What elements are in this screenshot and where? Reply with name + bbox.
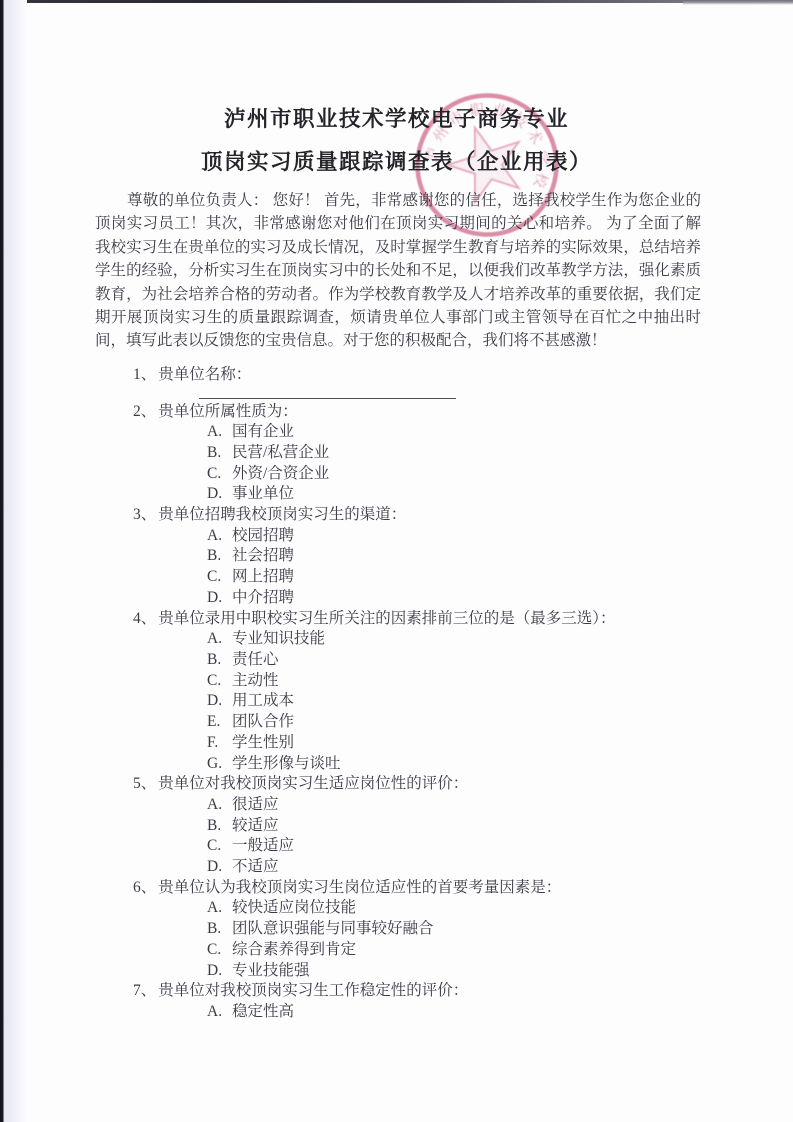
option-B: B.社会招聘: [133, 546, 733, 567]
option-C: C.网上招聘: [133, 567, 733, 588]
option-text: 一般适应: [232, 837, 294, 854]
question-text: 贵单位名称：: [158, 366, 251, 383]
option-text: 不适应: [232, 858, 279, 875]
option-D: D.中介招聘: [133, 588, 733, 609]
option-letter: A.: [207, 795, 225, 816]
option-text: 社会招聘: [232, 547, 294, 564]
option-letter: C.: [207, 940, 225, 961]
option-text: 较适应: [232, 817, 279, 834]
option-letter: D.: [207, 484, 225, 505]
option-text: 民营/私营企业: [232, 444, 329, 461]
question-text: 贵单位招聘我校顶岗实习生的渠道：: [158, 506, 406, 523]
option-text: 学生形像与谈吐: [232, 755, 341, 772]
option-E: E.团队合作: [133, 712, 733, 733]
option-text: 网上招聘: [232, 568, 294, 585]
option-letter: C.: [207, 567, 225, 588]
option-letter: B.: [207, 546, 225, 567]
option-letter: A.: [207, 1002, 225, 1023]
option-text: 团队合作: [232, 713, 294, 730]
option-letter: B.: [207, 919, 225, 940]
questions-list: 1、贵单位名称：2、贵单位所属性质为：A.国有企业B.民营/私营企业C.外资/合…: [133, 365, 733, 1023]
option-A: A.校园招聘: [133, 526, 733, 547]
question-text: 贵单位录用中职校实习生所关注的因素排前三位的是（最多三选）：: [158, 610, 615, 627]
option-letter: C.: [207, 836, 225, 857]
option-letter: A.: [207, 898, 225, 919]
question-number: 5、: [133, 775, 156, 792]
option-text: 事业单位: [232, 485, 294, 502]
question-number: 6、: [133, 879, 156, 896]
option-text: 校园招聘: [232, 527, 294, 544]
option-F: F.学生性别: [133, 733, 733, 754]
question-number: 7、: [133, 982, 156, 999]
question-text: 贵单位对我校顶岗实习生工作稳定性的评价：: [158, 982, 468, 999]
option-G: G.学生形像与谈吐: [133, 754, 733, 775]
option-text: 团队意识强能与同事较好融合: [232, 920, 434, 937]
option-text: 国有企业: [232, 423, 294, 440]
option-A: A.稳定性高: [133, 1002, 733, 1023]
scanned-survey-page: 泸州市职业技术学校 泸州市职业技术学校电子商务专业 顶岗实习质量跟踪调查表（企业…: [0, 0, 793, 1122]
option-A: A.国有企业: [133, 422, 733, 443]
question-7: 7、贵单位对我校顶岗实习生工作稳定性的评价：A.稳定性高: [133, 981, 733, 1022]
option-B: B.团队意识强能与同事较好融合: [133, 919, 733, 940]
option-text: 很适应: [232, 796, 279, 813]
option-B: B.较适应: [133, 816, 733, 837]
question-number: 4、: [133, 610, 156, 627]
question-number: 2、: [133, 403, 156, 420]
option-text: 较快适应岗位技能: [232, 899, 356, 916]
question-5: 5、贵单位对我校顶岗实习生适应岗位性的评价：A.很适应B.较适应C.一般适应D.…: [133, 774, 733, 878]
option-letter: B.: [207, 816, 225, 837]
option-letter: F.: [207, 733, 225, 754]
option-letter: A.: [207, 526, 225, 547]
question-line: 6、贵单位认为我校顶岗实习生岗位适应性的首要考量因素是：: [133, 878, 733, 899]
question-2: 2、贵单位所属性质为：A.国有企业B.民营/私营企业C.外资/合资企业D.事业单…: [133, 402, 733, 506]
option-letter: D.: [207, 691, 225, 712]
option-text: 学生性别: [232, 734, 294, 751]
option-letter: G.: [207, 754, 225, 775]
option-A: A.很适应: [133, 795, 733, 816]
question-line: 2、贵单位所属性质为：: [133, 402, 733, 423]
option-letter: D.: [207, 961, 225, 982]
option-D: D.事业单位: [133, 484, 733, 505]
question-number: 3、: [133, 506, 156, 523]
option-letter: C.: [207, 671, 225, 692]
question-text: 贵单位认为我校顶岗实习生岗位适应性的首要考量因素是：: [158, 879, 561, 896]
doc-title-line1: 泸州市职业技术学校电子商务专业: [0, 104, 793, 134]
option-text: 稳定性高: [232, 1003, 294, 1020]
option-C: C.综合素养得到肯定: [133, 940, 733, 961]
option-text: 主动性: [232, 672, 279, 689]
question-number: 1、: [133, 366, 156, 383]
option-text: 专业技能强: [232, 962, 310, 979]
option-letter: A.: [207, 629, 225, 650]
option-text: 中介招聘: [232, 589, 294, 606]
document-content: 泸州市职业技术学校电子商务专业 顶岗实习质量跟踪调查表（企业用表） 尊敬的单位负…: [0, 0, 793, 1023]
option-C: C.一般适应: [133, 836, 733, 857]
option-letter: D.: [207, 857, 225, 878]
option-text: 责任心: [232, 651, 279, 668]
question-3: 3、贵单位招聘我校顶岗实习生的渠道：A.校园招聘B.社会招聘C.网上招聘D.中介…: [133, 505, 733, 609]
option-letter: B.: [207, 650, 225, 671]
option-A: A.专业知识技能: [133, 629, 733, 650]
option-letter: A.: [207, 422, 225, 443]
option-letter: B.: [207, 443, 225, 464]
intro-paragraph: 尊敬的单位负责人： 您好！ 首先，非常感谢您的信任，选择我校学生作为您企业的顶岗…: [95, 189, 701, 353]
option-letter: E.: [207, 712, 225, 733]
option-C: C.外资/合资企业: [133, 464, 733, 485]
option-B: B.责任心: [133, 650, 733, 671]
option-text: 外资/合资企业: [232, 465, 329, 482]
option-C: C.主动性: [133, 671, 733, 692]
option-B: B.民营/私营企业: [133, 443, 733, 464]
question-line: 4、贵单位录用中职校实习生所关注的因素排前三位的是（最多三选）：: [133, 609, 733, 630]
question-1: 1、贵单位名称：: [133, 365, 733, 399]
doc-title-line2: 顶岗实习质量跟踪调查表（企业用表）: [0, 147, 793, 177]
option-letter: C.: [207, 464, 225, 485]
answer-blank-line: [199, 386, 456, 399]
question-text: 贵单位对我校顶岗实习生适应岗位性的评价：: [158, 775, 468, 792]
option-D: D.不适应: [133, 857, 733, 878]
question-line: 5、贵单位对我校顶岗实习生适应岗位性的评价：: [133, 774, 733, 795]
question-line: 7、贵单位对我校顶岗实习生工作稳定性的评价：: [133, 981, 733, 1002]
option-D: D.用工成本: [133, 691, 733, 712]
question-line: 3、贵单位招聘我校顶岗实习生的渠道：: [133, 505, 733, 526]
option-D: D.专业技能强: [133, 961, 733, 982]
option-letter: D.: [207, 588, 225, 609]
question-text: 贵单位所属性质为：: [158, 403, 298, 420]
option-text: 用工成本: [232, 692, 294, 709]
option-text: 专业知识技能: [232, 630, 325, 647]
question-4: 4、贵单位录用中职校实习生所关注的因素排前三位的是（最多三选）：A.专业知识技能…: [133, 609, 733, 775]
option-A: A.较快适应岗位技能: [133, 898, 733, 919]
option-text: 综合素养得到肯定: [232, 941, 356, 958]
question-line: 1、贵单位名称：: [133, 365, 733, 386]
question-6: 6、贵单位认为我校顶岗实习生岗位适应性的首要考量因素是：A.较快适应岗位技能B.…: [133, 878, 733, 982]
